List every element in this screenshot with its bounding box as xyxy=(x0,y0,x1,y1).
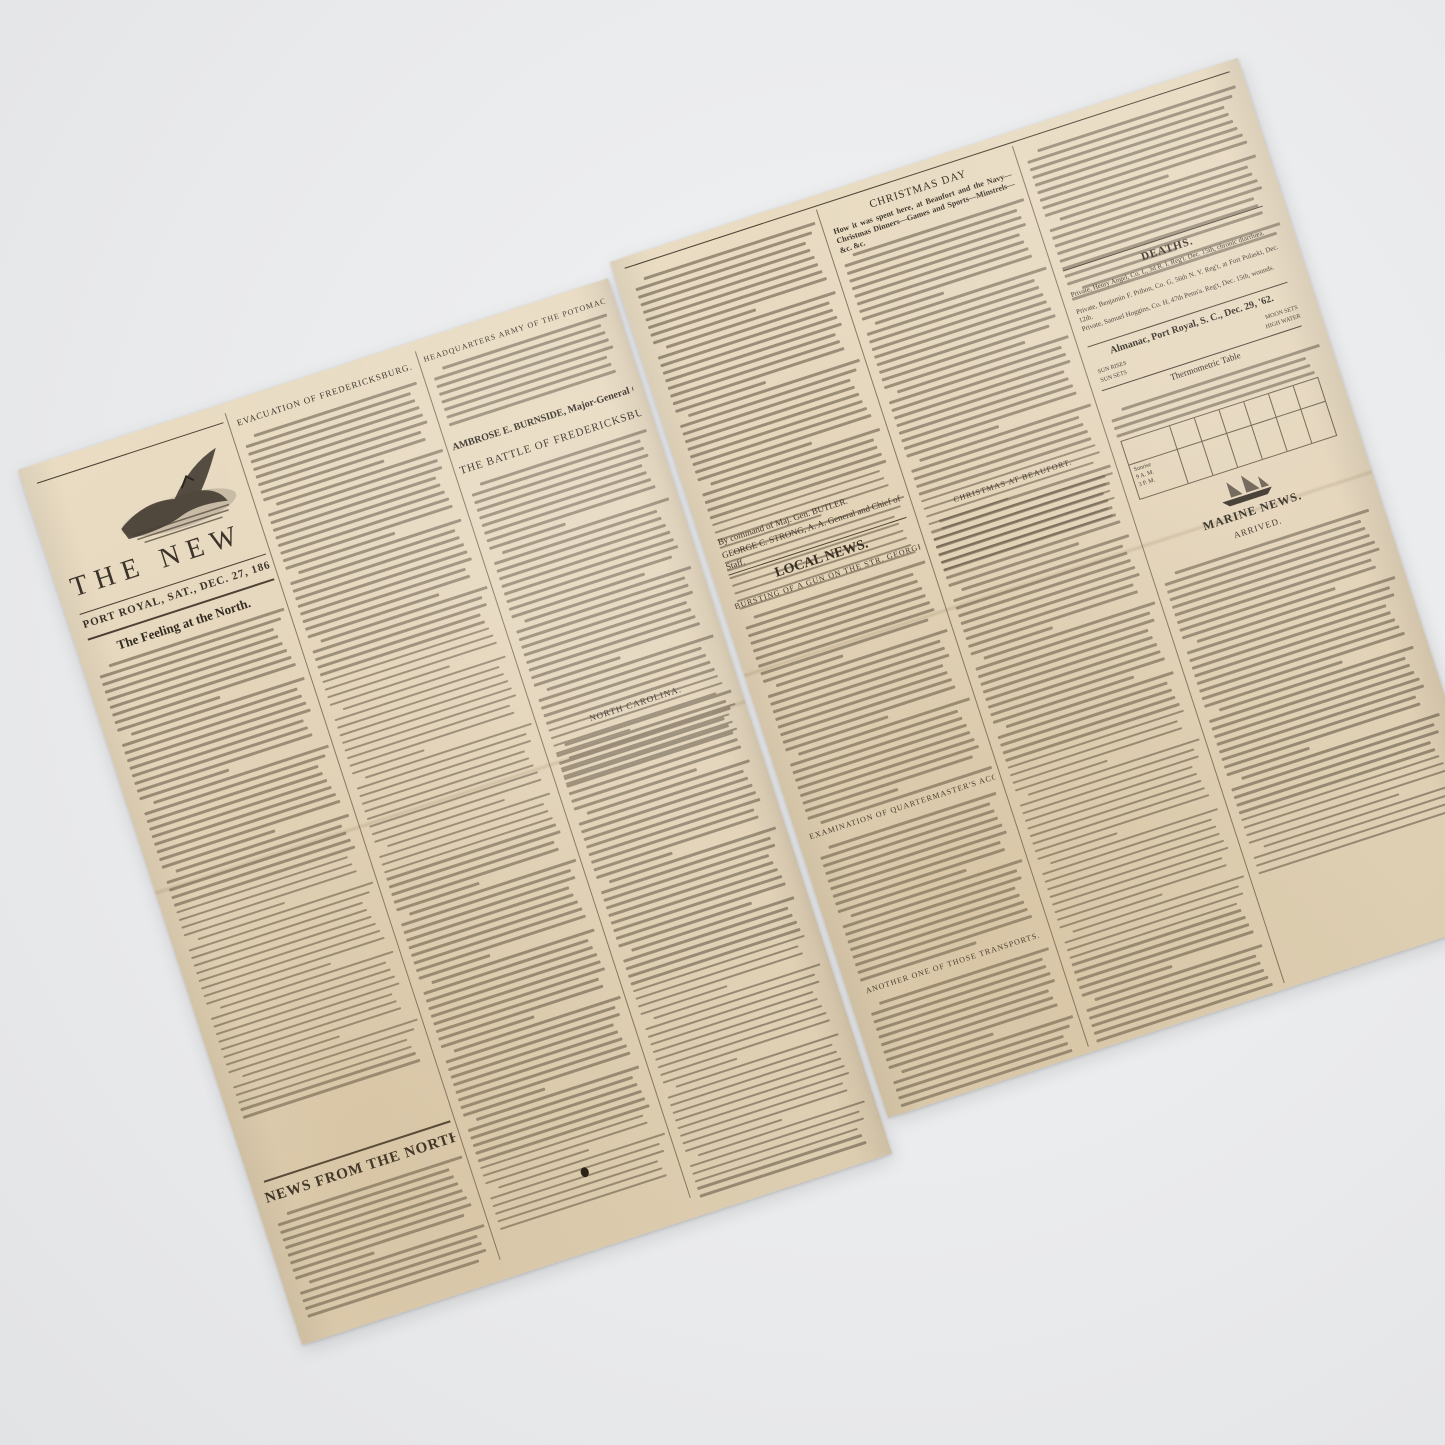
text-line xyxy=(901,1049,1073,1107)
text-line xyxy=(1104,1026,1219,1047)
text-line xyxy=(490,1142,660,1200)
text-line xyxy=(1091,969,1264,1028)
text-line xyxy=(700,1141,867,1197)
text-line xyxy=(1116,1046,1280,1047)
text-line xyxy=(1069,902,1237,959)
text-line xyxy=(235,1038,407,1096)
text-line xyxy=(1047,832,1220,891)
text-line xyxy=(472,440,641,497)
text-line xyxy=(521,591,693,649)
text-line xyxy=(672,1057,841,1114)
text-line xyxy=(246,392,411,448)
text-line xyxy=(372,778,542,836)
text-line xyxy=(690,1110,860,1168)
text-line xyxy=(1109,1021,1280,1046)
text-line xyxy=(238,1045,412,1104)
text-line xyxy=(660,1019,830,1077)
text-line xyxy=(1099,993,1267,1046)
text-line xyxy=(663,316,838,375)
text-line xyxy=(307,1259,479,1317)
text-line xyxy=(685,1118,783,1152)
text-line xyxy=(492,1150,664,1208)
text-line xyxy=(1253,793,1445,859)
text-line xyxy=(795,724,967,782)
text-line xyxy=(1089,962,1261,1020)
text-line xyxy=(1057,864,1227,921)
text-line xyxy=(342,687,512,745)
text-line xyxy=(675,1064,845,1122)
text-line xyxy=(692,1117,864,1175)
text-line xyxy=(1042,818,1212,875)
text-line xyxy=(698,1099,867,1156)
text-line xyxy=(369,771,538,828)
text-line xyxy=(1027,773,1197,830)
text-line xyxy=(357,732,527,790)
text-line xyxy=(193,908,367,967)
text-line xyxy=(1111,1029,1280,1047)
text-line xyxy=(1003,696,1176,755)
text-line xyxy=(384,817,553,874)
text-line xyxy=(1094,976,1269,1035)
text-line xyxy=(149,772,323,831)
text-line xyxy=(1114,1039,1280,1047)
text-line xyxy=(901,1014,1076,1073)
text-line xyxy=(645,973,815,1031)
text-line xyxy=(1054,857,1222,914)
text-line xyxy=(441,345,613,403)
text-line xyxy=(958,559,1131,618)
